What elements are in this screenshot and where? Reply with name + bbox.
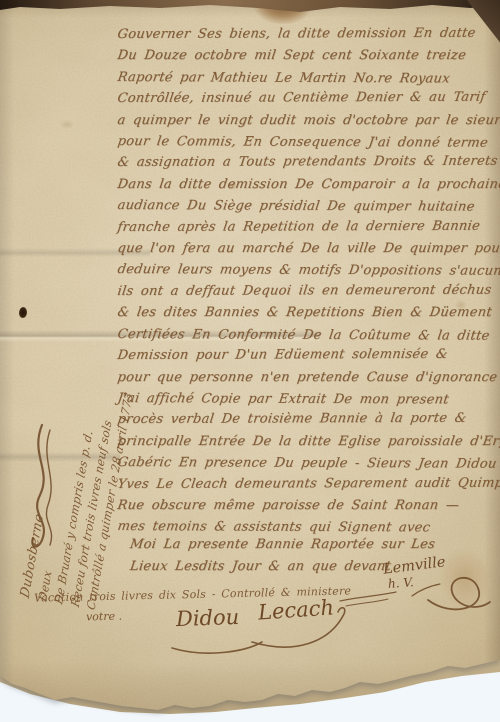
manuscript-line: que l'on fera au marché De la ville De q… [116, 238, 500, 259]
manuscript-line: ils ont a deffaut Dequoi ils en demeurer… [116, 280, 500, 303]
manuscript-line: & les dites Bannies & Repetitions Bien &… [116, 302, 500, 323]
manuscript-line: principalle Entrée De la ditte Eglise pa… [116, 431, 500, 452]
manuscript-line: Gabéric En presence Du peuple - Sieurs J… [116, 452, 500, 475]
clerk-paraph: h. V. [388, 575, 415, 591]
witness-signature-didou: Didou [176, 605, 240, 631]
fee-note: votre . [86, 610, 122, 624]
manuscript-line: pour que personne n'en pretende Cause d'… [116, 367, 500, 388]
paper-sheet: Gouverner Ses biens, la ditte demission … [0, 0, 500, 722]
manuscript-line: Gouverner Ses biens, la ditte demission … [116, 23, 500, 46]
manuscript-line: a quimper le vingt dudit mois d'octobre … [116, 110, 500, 131]
manuscript-line: Contrôllée, insinué au Centième Denier &… [116, 87, 500, 110]
manuscript-line: & assignation a Touts pretendants Droits… [116, 151, 500, 174]
manuscript-line: Yves Le Cleach demeurants Separement aud… [116, 472, 500, 495]
scanned-manuscript: Gouverner Ses biens, la ditte demission … [0, 0, 500, 722]
faint-stain [438, 548, 490, 608]
manuscript-line: franche après la Repetition de la dernie… [116, 215, 500, 238]
manuscript-body: Gouverner Ses biens, la ditte demission … [116, 24, 500, 538]
ink-blot [19, 307, 27, 318]
foxing-spot [60, 120, 74, 129]
closing-line: Moi La presente Bannie Raportée sur Les [128, 534, 436, 556]
manuscript-line: Rue obscure même paroisse de Saint Ronan… [116, 495, 500, 516]
manuscript-line: Dans la ditte demission De Comparoir a l… [116, 174, 500, 195]
manuscript-line: Demission pour D'un Edüement solemnisée … [116, 344, 500, 367]
manuscript-line: Du Douze octobre mil Sept cent Soixante … [116, 45, 500, 66]
manuscript-line: procès verbal De troisième Bannie à la p… [116, 408, 500, 431]
